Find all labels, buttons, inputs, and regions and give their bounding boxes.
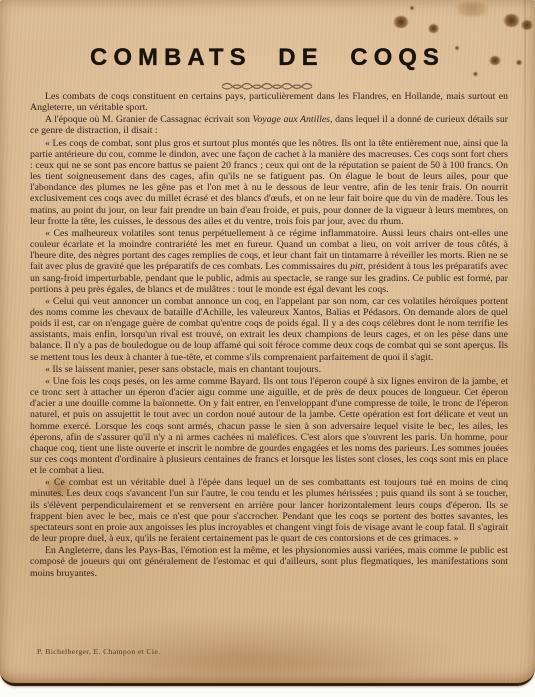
text-run: « Ce combat est un véritable duel à l'ép… (30, 477, 508, 544)
paragraph: « Une fois les coqs pesés, on les arme c… (30, 376, 508, 476)
paragraph: « Ces malheureux volatiles sont tenus pe… (30, 228, 508, 295)
page-title: COMBATS DE COQS (0, 44, 535, 72)
paper-stain (521, 20, 533, 30)
paragraph: « Celui qui veut annoncer un combat anno… (30, 296, 508, 363)
paper-stain (473, 72, 478, 76)
italic-text: Voyage aux Antilles (253, 114, 330, 125)
paper-stain (428, 24, 439, 33)
paragraph: En Angleterre, dans les Pays-Bas, l'émot… (30, 545, 508, 578)
paragraph: Les combats de coqs constituent en certa… (30, 91, 508, 113)
paper-stain (503, 14, 520, 27)
italic-text: pitt (350, 261, 363, 272)
document-page: COMBATS DE COQS Les combats de coqs cons… (0, 0, 535, 686)
paper-stain (452, 2, 492, 16)
paper-stain (410, 6, 414, 10)
text-run: « Celui qui veut annoncer un combat anno… (30, 296, 508, 363)
paragraph: « Ce combat est un véritable duel à l'ép… (30, 477, 508, 544)
paragraph: « Les coqs de combat, sont plus gros et … (30, 138, 508, 227)
paragraph: « Ils se laissent manier, peser sans obs… (30, 364, 508, 375)
text-run: En Angleterre, dans les Pays-Bas, l'émot… (30, 545, 508, 578)
imprint-line: P. Bichelberger, E. Champon et Cie. (37, 647, 160, 656)
text-run: « Les coqs de combat, sont plus gros et … (30, 138, 508, 227)
text-run: « Une fois les coqs pesés, on les arme c… (30, 376, 508, 476)
text-run: A l'époque où M. Granier de Cassagnac éc… (45, 114, 253, 125)
article-body: Les combats de coqs constituent en certa… (30, 91, 508, 580)
squiggle-icon (220, 81, 316, 91)
paragraph: A l'époque où M. Granier de Cassagnac éc… (30, 114, 508, 136)
text-run: « Ils se laissent manier, peser sans obs… (45, 364, 321, 375)
paper-stain (393, 16, 409, 28)
text-run: Les combats de coqs constituent en certa… (30, 91, 508, 113)
